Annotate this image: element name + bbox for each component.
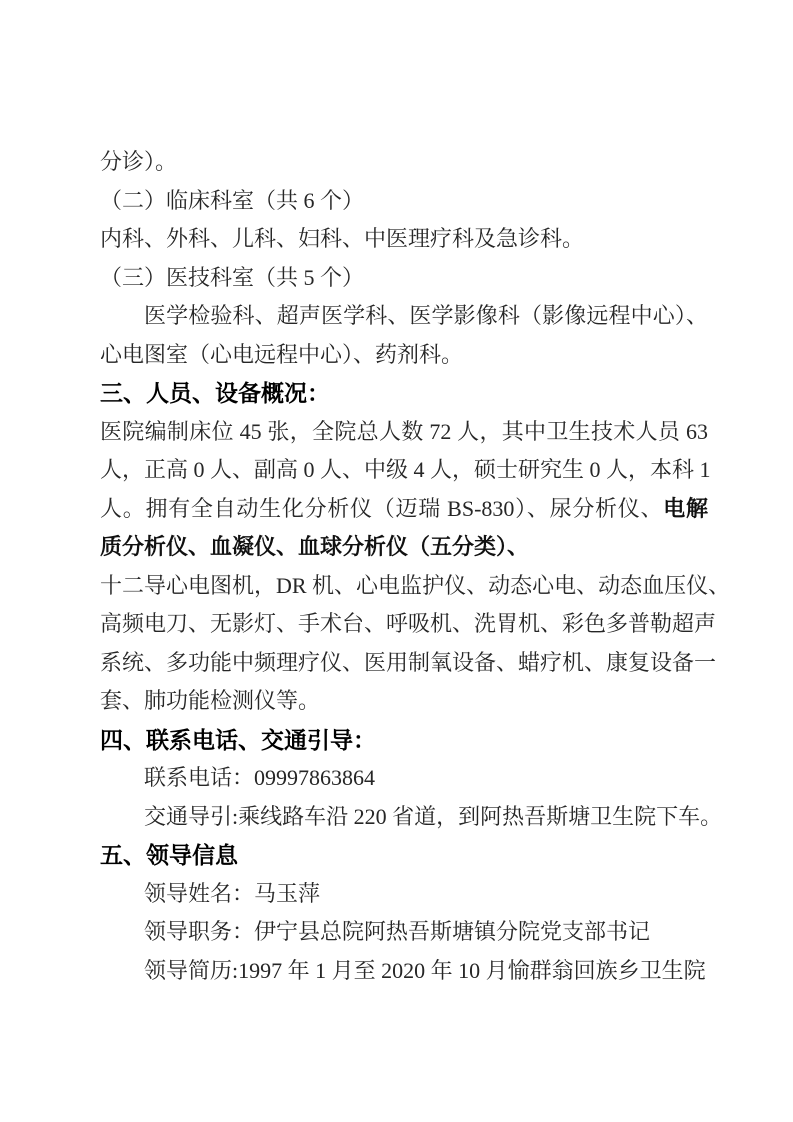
- text-segment: 四、联系电话、交通引导：: [100, 727, 376, 753]
- text-segment: 领导姓名：马玉萍: [144, 881, 320, 906]
- doc-line: 系统、多功能中频理疗仪、医用制氧设备、蜡疗机、康复设备一: [100, 644, 708, 683]
- document-content: 分诊）。（二）临床科室（共 6 个）内科、外科、儿科、妇科、中医理疗科及急诊科。…: [100, 143, 708, 990]
- doc-line: （二）临床科室（共 6 个）: [100, 182, 708, 221]
- doc-line: 交通导引:乘线路车沿 220 省道，到阿热吾斯塘卫生院下车。: [100, 798, 708, 837]
- text-segment: 套、肺功能检测仪等。: [100, 688, 320, 713]
- text-segment: 分诊）。: [100, 149, 177, 174]
- text-segment: 电解: [663, 496, 708, 521]
- text-segment: 医学检验科、超声医学科、医学影像科（影像远程中心）、: [144, 303, 708, 328]
- document-page: 分诊）。（二）临床科室（共 6 个）内科、外科、儿科、妇科、中医理疗科及急诊科。…: [0, 0, 793, 1122]
- text-segment: 十二导心电图机，DR 机、心电监护仪、动态心电、动态血压仪、: [100, 573, 730, 598]
- doc-line: 领导职务：伊宁县总院阿热吾斯塘镇分院党支部书记: [100, 913, 708, 952]
- doc-line: 心电图室（心电远程中心）、药剂科。: [100, 336, 708, 375]
- doc-line: 医院编制床位 45 张，全院总人数 72 人，其中卫生技术人员 63: [100, 413, 708, 452]
- doc-line: 领导简历:1997 年 1 月至 2020 年 10 月愉群翁回族乡卫生院: [100, 952, 708, 991]
- doc-line: 质分析仪、血凝仪、血球分析仪（五分类）、: [100, 528, 708, 567]
- text-segment: 质分析仪、血凝仪、血球分析仪（五分类）、: [100, 534, 529, 559]
- doc-line: 领导姓名：马玉萍: [100, 875, 708, 914]
- text-segment: 领导简历:1997 年 1 月至 2020 年 10 月愉群翁回族乡卫生院: [144, 958, 706, 983]
- doc-line: 医学检验科、超声医学科、医学影像科（影像远程中心）、: [100, 297, 708, 336]
- doc-line: 十二导心电图机，DR 机、心电监护仪、动态心电、动态血压仪、: [100, 567, 708, 606]
- text-segment: 医院编制床位 45 张，全院总人数 72 人，其中卫生技术人员 63: [100, 419, 708, 444]
- section-heading: 五、领导信息: [100, 836, 708, 875]
- text-segment: （二）临床科室（共 6 个）: [100, 188, 364, 213]
- doc-line: 套、肺功能检测仪等。: [100, 682, 708, 721]
- text-segment: 人。拥有全自动生化分析仪（迈瑞 BS-830）、尿分析仪、: [100, 496, 663, 521]
- doc-line: 人。拥有全自动生化分析仪（迈瑞 BS-830）、尿分析仪、电解: [100, 490, 708, 529]
- doc-line: 高频电刀、无影灯、手术台、呼吸机、洗胃机、彩色多普勒超声: [100, 605, 708, 644]
- section-heading: 四、联系电话、交通引导：: [100, 721, 708, 760]
- text-segment: 内科、外科、儿科、妇科、中医理疗科及急诊科。: [100, 226, 584, 251]
- text-segment: 系统、多功能中频理疗仪、医用制氧设备、蜡疗机、康复设备一: [100, 650, 716, 675]
- text-segment: 三、人员、设备概况：: [100, 380, 330, 406]
- section-heading: 三、人员、设备概况：: [100, 374, 708, 413]
- text-segment: 人，正高 0 人、副高 0 人、中级 4 人，硕士研究生 0 人，本科 1: [100, 457, 711, 482]
- text-segment: 心电图室（心电远程中心）、药剂科。: [100, 342, 463, 367]
- doc-line: 人，正高 0 人、副高 0 人、中级 4 人，硕士研究生 0 人，本科 1: [100, 451, 708, 490]
- text-segment: 交通导引:乘线路车沿 220 省道，到阿热吾斯塘卫生院下车。: [144, 804, 722, 829]
- doc-line: 联系电话：09997863864: [100, 759, 708, 798]
- text-segment: 五、领导信息: [100, 842, 238, 868]
- doc-line: （三）医技科室（共 5 个）: [100, 259, 708, 298]
- text-segment: （三）医技科室（共 5 个）: [100, 265, 364, 290]
- text-segment: 联系电话：09997863864: [144, 765, 375, 790]
- doc-line: 内科、外科、儿科、妇科、中医理疗科及急诊科。: [100, 220, 708, 259]
- text-segment: 高频电刀、无影灯、手术台、呼吸机、洗胃机、彩色多普勒超声: [100, 611, 716, 636]
- doc-line: 分诊）。: [100, 143, 708, 182]
- text-segment: 领导职务：伊宁县总院阿热吾斯塘镇分院党支部书记: [144, 919, 650, 944]
